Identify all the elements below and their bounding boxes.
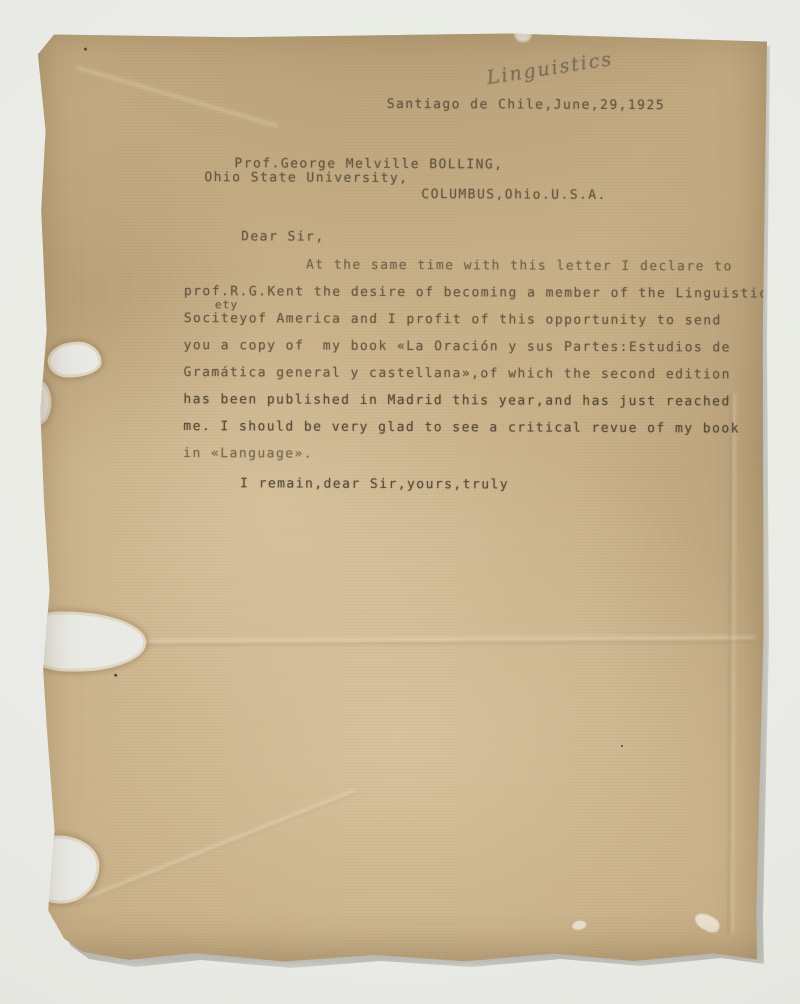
body-line-2: prof.R.G.Kent the desire of becoming a m… bbox=[184, 285, 768, 302]
recipient-city-line: COLUMBUS,Ohio.U.S.A. bbox=[421, 188, 607, 203]
handwritten-annotation: Linguistics bbox=[485, 38, 676, 89]
body-line-6: has been published in Madrid this year,a… bbox=[183, 393, 730, 409]
body-line-7: me. I should be very glad to see a criti… bbox=[183, 420, 740, 436]
top-left-crease bbox=[75, 64, 279, 129]
edge-nick-left bbox=[26, 382, 48, 422]
body-line-5: Gramática general y castellana»,of which… bbox=[184, 366, 731, 382]
right-edge-crease bbox=[726, 393, 737, 933]
ink-speck bbox=[621, 745, 623, 747]
scan-background: Linguistics Santiago de Chile,June,29,19… bbox=[0, 0, 800, 1004]
letter-page: Linguistics Santiago de Chile,June,29,19… bbox=[34, 30, 767, 963]
dateline: Santiago de Chile,June,29,1925 bbox=[387, 98, 665, 113]
recipient-institution-line: Ohio State University, bbox=[204, 171, 408, 186]
horizontal-fold-crease bbox=[43, 634, 755, 648]
body-line-4: you a copy of my book «La Oración y sus … bbox=[184, 339, 731, 355]
torn-hole-middle-left bbox=[25, 614, 143, 669]
bottom-left-crease bbox=[74, 788, 356, 907]
torn-hole-upper-left bbox=[51, 344, 99, 374]
ink-speck bbox=[84, 48, 87, 51]
body-line-8: in «Language». bbox=[183, 447, 313, 462]
torn-notch-bottom-left bbox=[30, 838, 96, 900]
closing-line: I remain,dear Sir,yours,truly bbox=[240, 477, 509, 492]
body-line-3: Sociteyof America and I profit of this o… bbox=[184, 312, 722, 328]
edge-nick-top bbox=[516, 27, 530, 40]
salutation: Dear Sir, bbox=[241, 230, 325, 244]
ink-speck bbox=[114, 674, 117, 677]
tear-mark-bottom-right bbox=[692, 911, 722, 935]
tear-mark-bottom-center bbox=[571, 919, 587, 931]
interline-correction: ety bbox=[215, 298, 239, 312]
body-line-1: At the same time with this letter I decl… bbox=[306, 259, 733, 275]
